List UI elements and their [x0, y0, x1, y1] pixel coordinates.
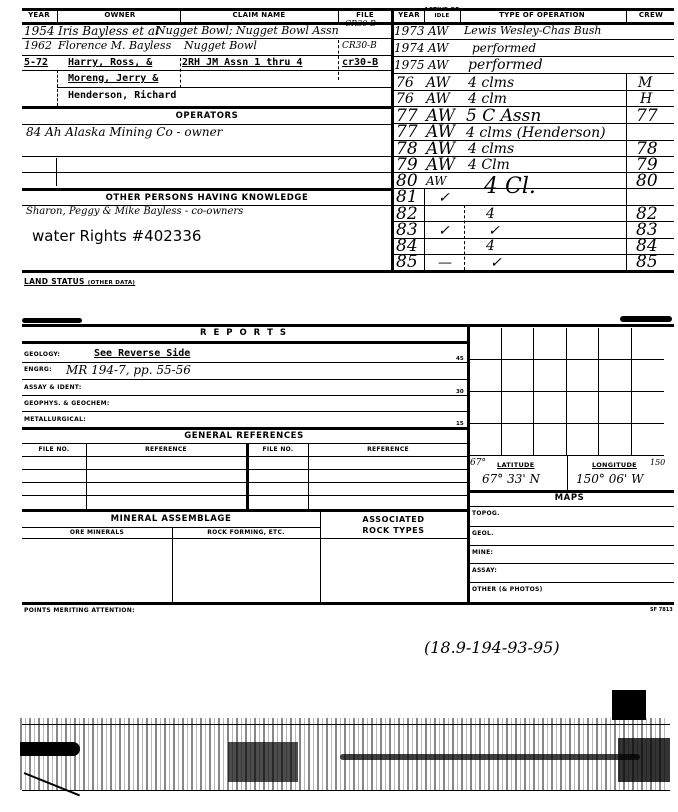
maps-title: MAPS [467, 493, 672, 503]
op-row-4-year: 76 [396, 76, 414, 90]
points-meriting-attention-label: POINTS MERITING ATTENTION: [24, 607, 135, 614]
op-row-2-type: performed [472, 42, 536, 54]
maps-topog: TOPOG. [472, 510, 500, 517]
owner-row-2-claim: Nugget Bowl [184, 40, 257, 51]
reports-title: R E P O R T S [22, 328, 466, 338]
report-geophys-label: GEOPHYS. & GEOCHEM: [24, 400, 110, 407]
op-row-1-year: 1973 [394, 25, 425, 37]
op-row-10-status: AW [426, 175, 447, 187]
op-row-2-year: 1974 [394, 42, 425, 54]
op-row-5-type: 4 clm [468, 92, 507, 106]
op-row-15-crew: 85 [636, 254, 658, 271]
land-status-label: LAND STATUS [24, 277, 85, 286]
op-row-5-crew: H [640, 92, 652, 106]
op-row-8-type: 4 clms [468, 142, 514, 156]
owner-row-3-owner: Harry, Ross, & [68, 58, 152, 68]
owner-row-2-year: 1962 [24, 40, 52, 51]
owner-row-2-owner: Florence M. Bayless [58, 40, 171, 51]
report-geology-value: See Reverse Side [94, 349, 190, 359]
longitude-suffix: 150 [650, 459, 665, 467]
water-rights-note: water Rights #402336 [32, 229, 201, 244]
other-persons-title: OTHER PERSONS HAVING KNOWLEDGE [22, 193, 392, 203]
report-geology-label: GEOLOGY: [24, 351, 60, 358]
op-row-10-crew: 80 [636, 173, 658, 190]
op-row-13-type: ✓ [488, 224, 500, 238]
scan-smudge-br [618, 738, 670, 782]
op-row-14-type: 4 [486, 239, 495, 253]
latitude-prefix: 67° [470, 459, 486, 468]
op-row-5-status: AW [426, 92, 450, 106]
scan-smudge-mid [228, 742, 298, 782]
scan-smudge-band [340, 754, 640, 760]
header-type-of-operation: TYPE OF OPERATION [462, 11, 622, 19]
land-status-title: LAND STATUS (OTHER DATA) [24, 277, 135, 286]
op-row-15-type: ✓ [490, 256, 502, 270]
scan-black-square [612, 690, 646, 720]
gr-header-reference-2: REFERENCE [308, 446, 468, 453]
scan-smudge-bl [20, 742, 80, 756]
maps-other-photos: OTHER (& PHOTOS) [472, 586, 543, 593]
report-metallurgical-label: METALLURGICAL: [24, 416, 86, 423]
op-row-3-type: performed [468, 58, 543, 72]
land-status-subtitle: (OTHER DATA) [88, 280, 136, 286]
op-row-13-status: ✓ [438, 224, 450, 238]
latitude-label: LATITUDE [497, 461, 534, 469]
op-row-3-year: 1975 [394, 59, 425, 71]
header-file: FILE [340, 11, 390, 19]
op-row-4-type: 4 clms [468, 76, 514, 90]
rock-forming-header: ROCK FORMING, ETC. [172, 529, 320, 536]
header-year: YEAR [24, 11, 54, 19]
header-claim-name: CLAIM NAME [180, 11, 338, 19]
report-engrg-value: MR 194-7, pp. 55-56 [66, 364, 191, 376]
maps-geol: GEOL. [472, 530, 494, 537]
op-row-9-type: 4 Clm [468, 158, 510, 172]
op-row-6-crew: 77 [636, 108, 658, 125]
points-meriting-attention-note: (18.9-194-93-95) [424, 640, 560, 656]
header-owner: OWNER [60, 11, 180, 19]
general-references-title: GENERAL REFERENCES [22, 431, 466, 441]
scan-smudge-right [620, 316, 672, 322]
ore-minerals-header: ORE MINERALS [22, 529, 172, 536]
associated-rock-types-line-1: ASSOCIATED [320, 515, 467, 524]
owner-row-3-file: cr30-B [342, 58, 378, 68]
op-row-9-status: AW [426, 157, 455, 174]
owner-row-1-year: 1954 [24, 25, 55, 37]
owner-row-5-owner: Henderson, Richard [68, 91, 176, 101]
owner-row-1-claim: Nugget Bowl; Nugget Bowl Assn [156, 25, 339, 36]
scan-smudge-left [22, 318, 82, 323]
op-row-6-type: 5 C Assn [466, 108, 541, 125]
op-row-4-status: AW [426, 76, 450, 90]
owner-row-1-file: CR30-B [345, 20, 376, 28]
op-row-3-status: AW [428, 59, 449, 71]
gr-header-reference-1: REFERENCE [86, 446, 246, 453]
operator-row-1: 84 Ah Alaska Mining Co - owner [26, 126, 222, 138]
op-row-2-status: AW [428, 42, 449, 54]
owner-row-3-claim: 2RH JM Assn 1 thru 4 [182, 58, 302, 68]
owner-row-4-owner: Moreng, Jerry & [68, 74, 158, 84]
longitude-value: 150° 06' W [576, 473, 643, 485]
owner-row-3-year: 5-72 [24, 58, 48, 68]
header-crew: CREW [628, 11, 674, 19]
gr-header-file-no-1: FILE NO. [22, 446, 86, 453]
op-row-5-year: 76 [396, 92, 414, 106]
op-row-1-type: Lewis Wesley-Chas Bush [464, 25, 602, 36]
header-active-idle: ACTIVE OR IDLE [424, 7, 460, 19]
latitude-value: 67° 33' N [482, 473, 540, 485]
op-row-15-status: — [438, 256, 452, 270]
op-row-4-crew: M [638, 76, 652, 90]
location-grid [469, 328, 664, 456]
op-row-11-status: ✓ [438, 191, 450, 205]
longitude-label: LONGITUDE [592, 461, 637, 469]
op-row-12-type: 4 [486, 207, 495, 221]
op-row-10-type: 4 Cl. [484, 176, 536, 198]
op-row-7-type: 4 clms (Henderson) [466, 126, 606, 140]
mineral-assemblage-title: MINERAL ASSEMBLAGE [22, 514, 320, 524]
operators-title: OPERATORS [22, 111, 392, 121]
form-code: SF 7813 [650, 607, 673, 613]
gr-header-file-no-2: FILE NO. [248, 446, 308, 453]
header-op-year: YEAR [394, 11, 424, 19]
report-assay-label: ASSAY & IDENT: [24, 384, 82, 391]
owner-row-1-owner: Iris Bayless et al [58, 25, 159, 37]
maps-mine: MINE: [472, 549, 493, 556]
op-row-15-year: 85 [396, 254, 418, 271]
associated-rock-types-line-2: ROCK TYPES [320, 526, 467, 535]
op-row-1-status: AW [428, 25, 449, 37]
owner-row-2-file: CR30-B [342, 42, 377, 51]
report-engrg-label: ENGRG: [24, 366, 52, 373]
maps-assay: ASSAY: [472, 567, 497, 574]
other-persons-line-1: Sharon, Peggy & Mike Bayless - co-owners [26, 207, 243, 217]
